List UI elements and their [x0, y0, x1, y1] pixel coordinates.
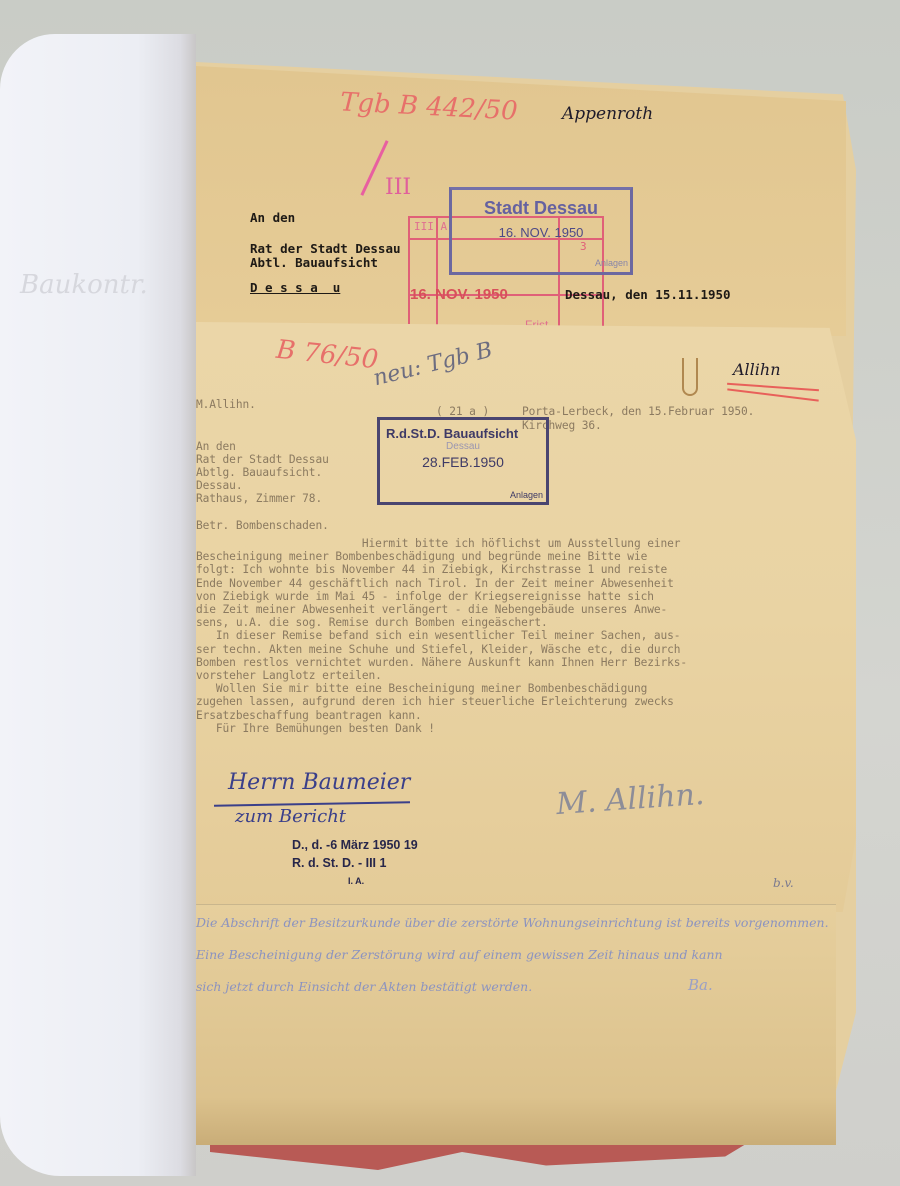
letter-subject: Betr. Bombenschaden. [196, 519, 329, 532]
body-line: vorsteher Langlotz erteilen. [196, 669, 687, 682]
body-line: Bomben restlos vernichtet wurden. Nähere… [196, 656, 687, 669]
stamp-building-sub: Dessau [380, 441, 546, 452]
report-line: Die Abschrift der Besitzurkunde über die… [196, 907, 829, 939]
main-address-4: Dessau. [196, 479, 242, 492]
top-address-3: Abtl. Bauaufsicht [250, 256, 378, 270]
letter-body: Hiermit bitte ich höflichst um Ausstellu… [196, 537, 687, 735]
body-line: ser techn. Akten meine Schuhe und Stiefe… [196, 643, 687, 656]
red-date-stamp: 16. NOV. 1950 [410, 286, 508, 303]
body-line: zugehen lassen, aufgrund deren ich hier … [196, 695, 687, 708]
pencil-initials: b.v. [773, 876, 794, 890]
received-date-stamp: D., d. -6 März 1950 19 R. d. St. D. - II… [292, 836, 418, 890]
main-address-2: Rat der Stadt Dessau [196, 453, 329, 466]
main-address-1: An den [196, 440, 236, 453]
body-line: Hiermit bitte ich höflichst um Ausstellu… [196, 537, 687, 550]
blue-note-line-2: zum Bericht [235, 806, 346, 827]
faint-pencil-mark: Baukontr. [20, 270, 148, 300]
stamp-city-date: 16. NOV. 1950 [452, 225, 630, 240]
body-line: sens, u.A. die sog. Remise durch Bomben … [196, 616, 687, 629]
body-line: Ende November 44 geschäftlich nach Tirol… [196, 577, 687, 590]
body-line: Ersatzbeschaffung beantragen kann. [196, 709, 687, 722]
sender-name: M.Allihn. [196, 398, 256, 411]
report-line: Eine Bescheinigung der Zerstörung wird a… [196, 939, 829, 971]
place-date: Porta-Lerbeck, den 15.Februar 1950. [522, 405, 754, 418]
paper-clip [682, 358, 698, 396]
body-line: Bescheinigung meiner Bombenbeschädigung … [196, 550, 687, 563]
stamp-date-line-1: D., d. -6 März 1950 19 [292, 836, 418, 854]
top-address-2: Rat der Stadt Dessau [250, 242, 401, 256]
blue-note-line-1: Herrn Baumeier [228, 770, 410, 795]
grid-box-code: III A [414, 220, 447, 233]
bauaufsicht-stamp: R.d.St.D. Bauaufsicht Dessau 28.FEB.1950… [377, 417, 549, 505]
binder-blank-page [0, 34, 196, 1176]
report-initial: Ba. [688, 976, 713, 994]
roman-mark: III [385, 175, 411, 200]
stamp-building-title: R.d.St.D. Bauaufsicht [386, 426, 546, 441]
stamp-building-footer: Anlagen [510, 490, 543, 500]
body-line: folgt: Ich wohnte bis November 44 in Zie… [196, 563, 687, 576]
stamp-date-line-3: I. A. [348, 872, 418, 890]
main-address-5: Rathaus, Zimmer 78. [196, 492, 322, 505]
body-line: In dieser Remise befand sich ein wesentl… [196, 629, 687, 642]
sheet-fold [196, 904, 836, 905]
stadt-dessau-stamp: Stadt Dessau 16. NOV. 1950 Anlagen [449, 187, 633, 275]
stamp-date-line-2: R. d. St. D. - III 1 [292, 854, 418, 872]
report-line: sich jetzt durch Einsicht der Akten best… [196, 971, 829, 1003]
handwritten-report: Die Abschrift der Besitzurkunde über die… [196, 907, 829, 1003]
top-date-line: Dessau, den 15.11.1950 [565, 288, 731, 302]
main-address-3: Abtlg. Bauaufsicht. [196, 466, 322, 479]
top-name-annotation: Appenroth [562, 104, 653, 124]
top-city: D e s s a u [250, 281, 340, 295]
body-line: von Ziebigk wurde im Mai 45 - infolge de… [196, 590, 687, 603]
top-address-1: An den [250, 211, 295, 225]
body-line: Für Ihre Bemühungen besten Dank ! [196, 722, 687, 735]
body-line: die Zeit meiner Abwesenheit verlängert -… [196, 603, 687, 616]
body-line: Wollen Sie mir bitte eine Bescheinigung … [196, 682, 687, 695]
main-name-annotation: Allihn [733, 360, 781, 379]
stamp-city-footer: Anlagen [595, 258, 628, 268]
stamp-building-date: 28.FEB.1950 [380, 454, 546, 470]
stamp-city-title: Stadt Dessau [452, 198, 630, 219]
